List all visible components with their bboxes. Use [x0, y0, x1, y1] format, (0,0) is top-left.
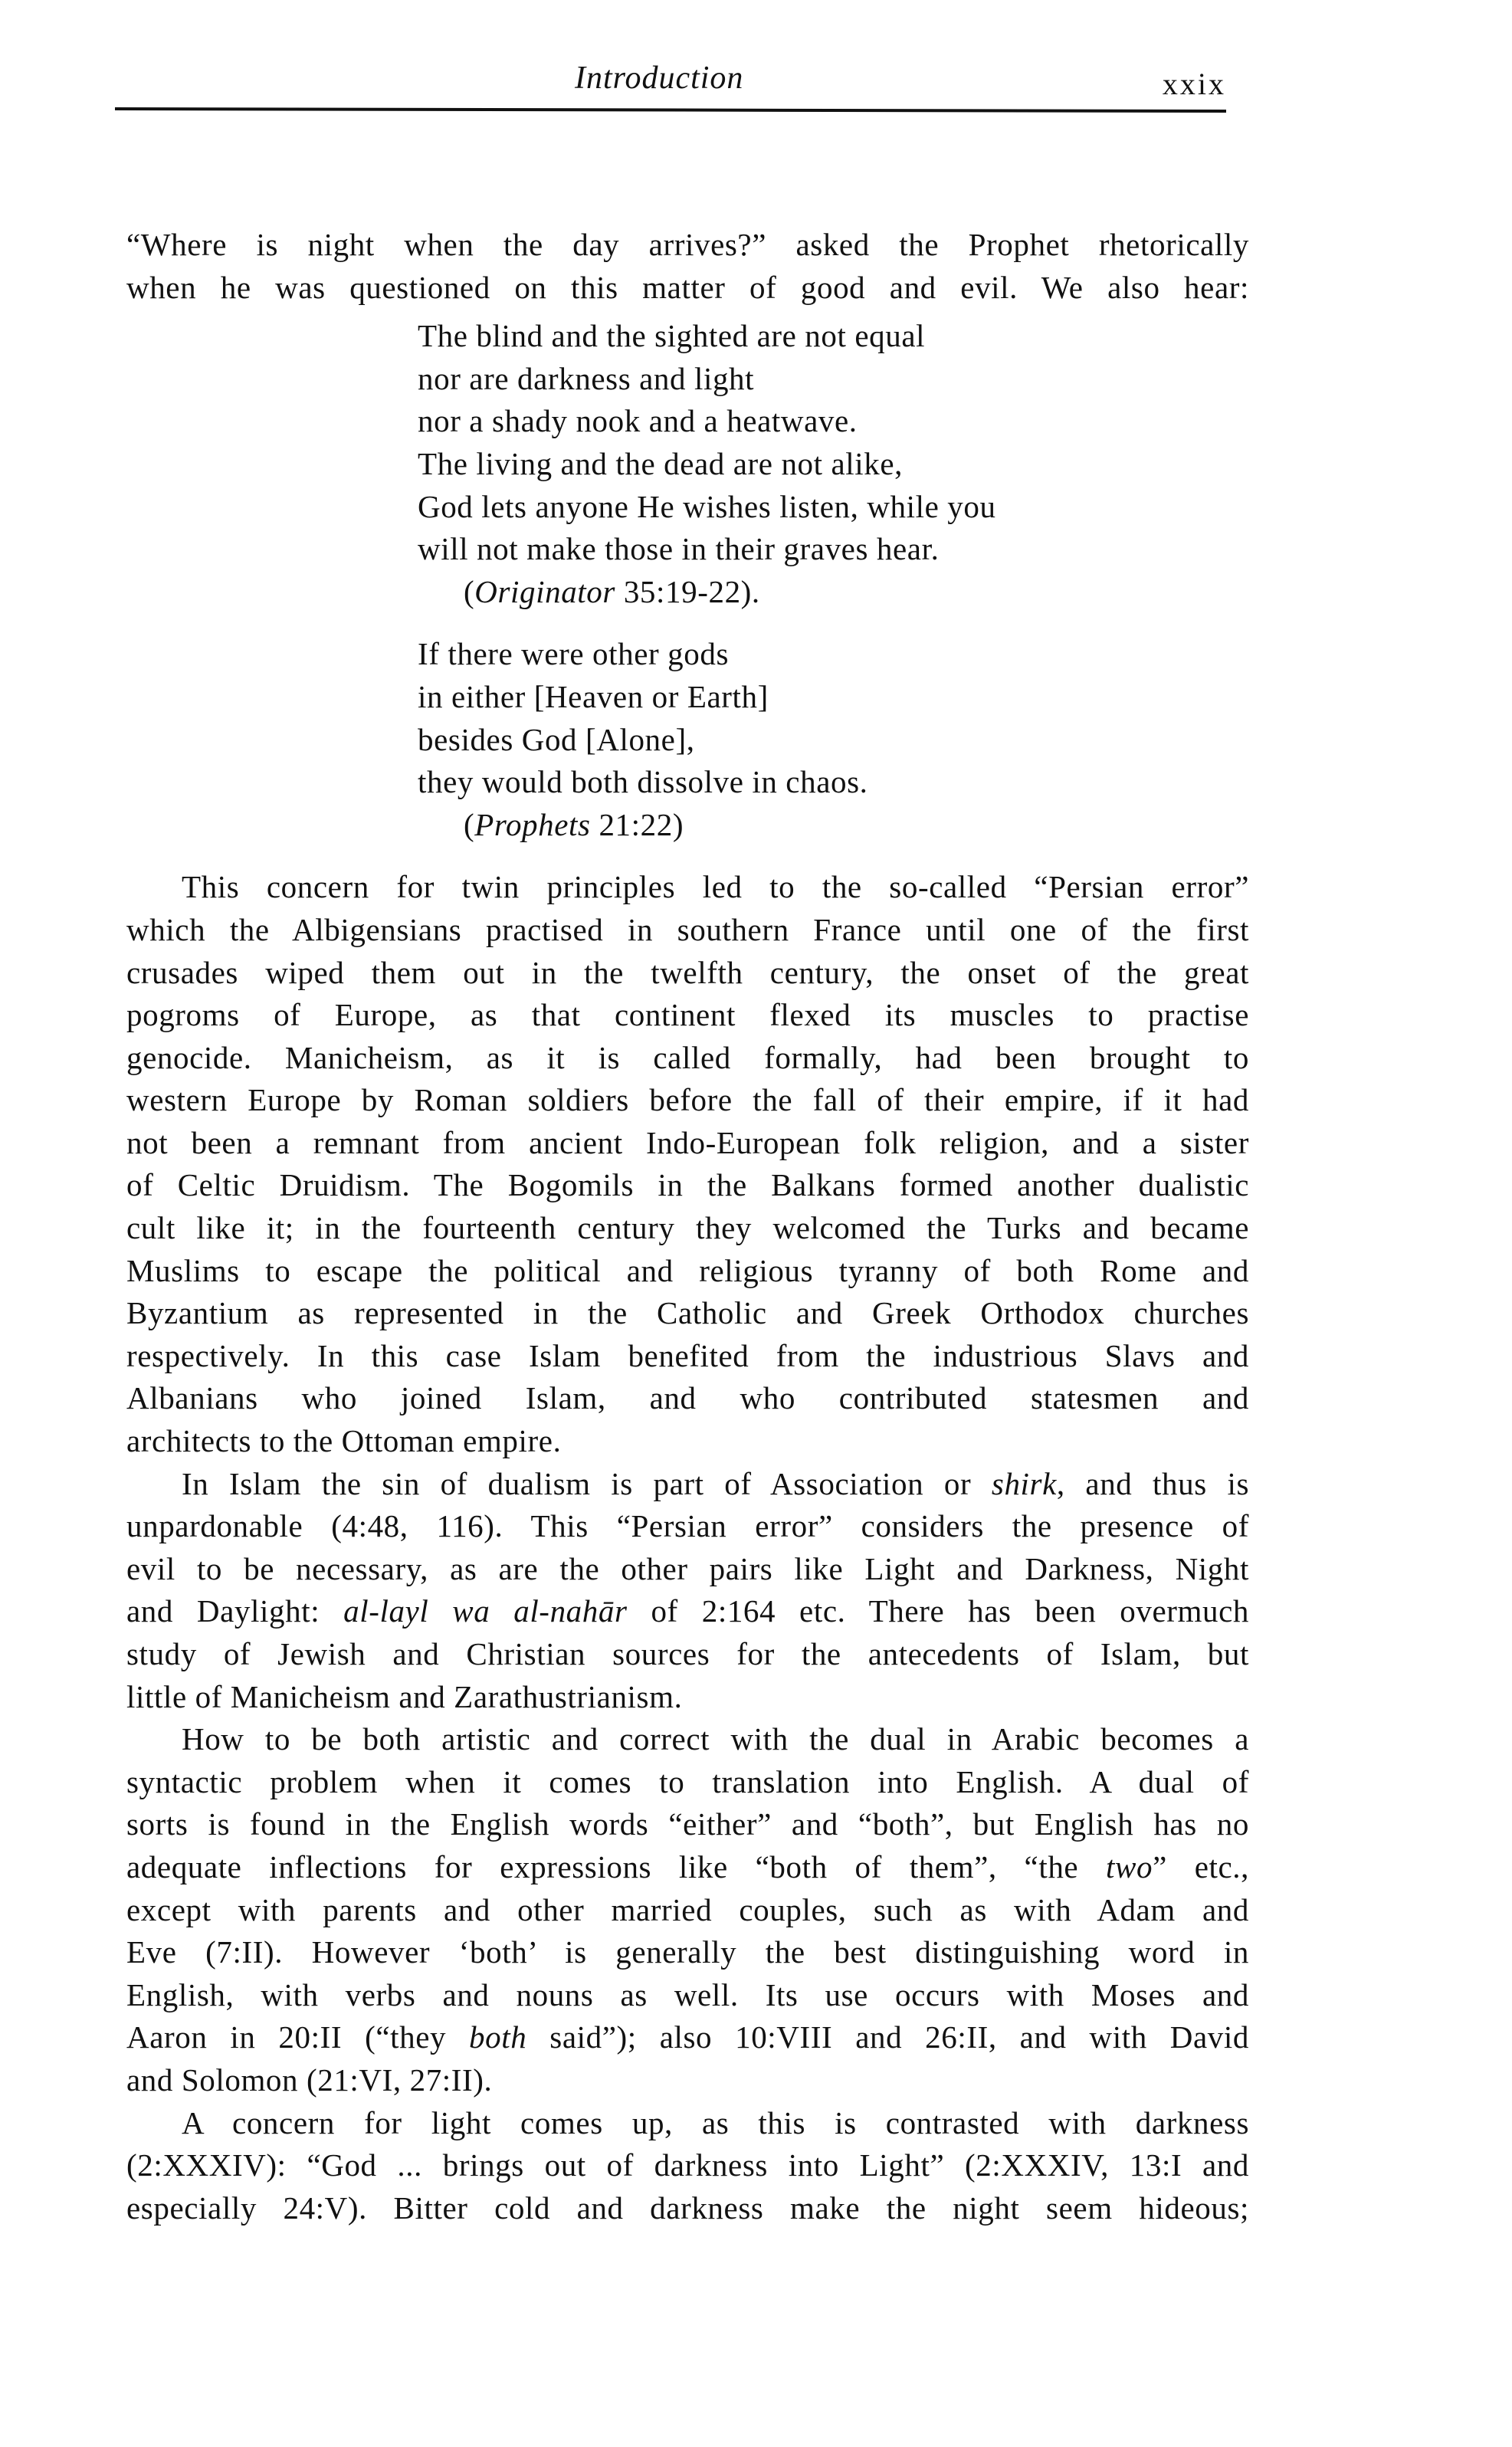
verse-line: If there were other gods — [418, 633, 1249, 676]
italic-term: both — [469, 2019, 526, 2055]
italic-term: shirk — [992, 1466, 1057, 1501]
citation-title: Prophets — [474, 807, 590, 842]
text-line: Muslims to escape the political and reli… — [126, 1250, 1249, 1293]
paragraph-persian-error: This concern for twin principles led to … — [126, 866, 1249, 1462]
text-line: which the Albigensians practised in sout… — [126, 909, 1249, 952]
text-line: sorts is found in the English words “eit… — [126, 1803, 1249, 1846]
book-page: Introduction xxix “Where is night when t… — [0, 0, 1512, 2447]
running-head: Introduction xxix — [115, 60, 1226, 113]
italic-term: two — [1106, 1849, 1153, 1884]
verse-citation: (Originator 35:19-22). — [418, 571, 1249, 614]
text-line: little of Manicheism and Zarathustrianis… — [126, 1676, 1249, 1719]
text-line: architects to the Ottoman empire. — [126, 1420, 1249, 1463]
text-line: syntactic problem when it comes to trans… — [126, 1761, 1249, 1804]
paragraph-light: A concern for light comes up, as this is… — [126, 2102, 1249, 2230]
body-text: “Where is night when the day arrives?” a… — [126, 224, 1249, 2229]
text-line: Byzantium as represented in the Catholic… — [126, 1292, 1249, 1335]
text-line: English, with verbs and nouns as well. I… — [126, 1974, 1249, 2017]
text-line: This concern for twin principles led to … — [126, 866, 1249, 909]
text-line: respectively. In this case Islam benefit… — [126, 1335, 1249, 1378]
text-line: not been a remnant from ancient Indo-Eur… — [126, 1122, 1249, 1165]
opening-paragraph: “Where is night when the day arrives?” a… — [126, 224, 1249, 309]
text-line: In Islam the sin of dualism is part of A… — [126, 1463, 1249, 1506]
text-line: cult like it; in the fourteenth century … — [126, 1207, 1249, 1250]
text-line: except with parents and other married co… — [126, 1889, 1249, 1932]
text-line: adequate inflections for expressions lik… — [126, 1846, 1249, 1889]
text-line: genocide. Manicheism, as it is called fo… — [126, 1037, 1249, 1080]
verse-line: nor are darkness and light — [418, 358, 1249, 401]
text-line: western Europe by Roman soldiers before … — [126, 1079, 1249, 1122]
text-line: evil to be necessary, as are the other p… — [126, 1548, 1249, 1591]
verse-line: God lets anyone He wishes listen, while … — [418, 486, 1249, 529]
paragraph-dual: How to be both artistic and correct with… — [126, 1718, 1249, 2101]
verse-line: will not make those in their graves hear… — [418, 528, 1249, 571]
text-line: pogroms of Europe, as that continent fle… — [126, 994, 1249, 1037]
text-line: A concern for light comes up, as this is… — [126, 2102, 1249, 2145]
text-line: (2:XXXIV): “God ... brings out of darkne… — [126, 2144, 1249, 2187]
text-line: unpardonable (4:48, 116). This “Persian … — [126, 1505, 1249, 1548]
text-line: and Solomon (21:VI, 27:II). — [126, 2059, 1249, 2102]
verse-line: nor a shady nook and a heatwave. — [418, 400, 1249, 443]
text-line: How to be both artistic and correct with… — [126, 1718, 1249, 1761]
italic-term: al-layl wa al-nahār — [343, 1593, 627, 1629]
paragraph-shirk: In Islam the sin of dualism is part of A… — [126, 1463, 1249, 1719]
text-line: “Where is night when the day arrives?” a… — [126, 224, 1249, 267]
text-line: study of Jewish and Christian sources fo… — [126, 1633, 1249, 1676]
verse-quote-originator: The blind and the sighted are not equal … — [418, 315, 1249, 846]
text-line: Albanians who joined Islam, and who cont… — [126, 1377, 1249, 1420]
verse-line: besides God [Alone], — [418, 719, 1249, 762]
page-number: xxix — [1163, 66, 1226, 102]
verse-line: The living and the dead are not alike, — [418, 443, 1249, 486]
verse-line: in either [Heaven or Earth] — [418, 676, 1249, 719]
verse-line: The blind and the sighted are not equal — [418, 315, 1249, 358]
text-line: especially 24:V). Bitter cold and darkne… — [126, 2187, 1249, 2230]
text-line: crusades wiped them out in the twelfth c… — [126, 952, 1249, 995]
text-line: Eve (7:II). However ‘both’ is generally … — [126, 1931, 1249, 1974]
text-line: Aaron in 20:II (“they both said”); also … — [126, 2016, 1249, 2059]
verse-line: they would both dissolve in chaos. — [418, 761, 1249, 804]
text-line: of Celtic Druidism. The Bogomils in the … — [126, 1164, 1249, 1207]
running-head-title: Introduction — [575, 60, 743, 97]
verse-citation: (Prophets 21:22) — [418, 804, 1249, 847]
text-line: and Daylight: al-layl wa al-nahār of 2:1… — [126, 1590, 1249, 1633]
citation-title: Originator — [474, 574, 615, 609]
text-line: when he was questioned on this matter of… — [126, 267, 1249, 310]
